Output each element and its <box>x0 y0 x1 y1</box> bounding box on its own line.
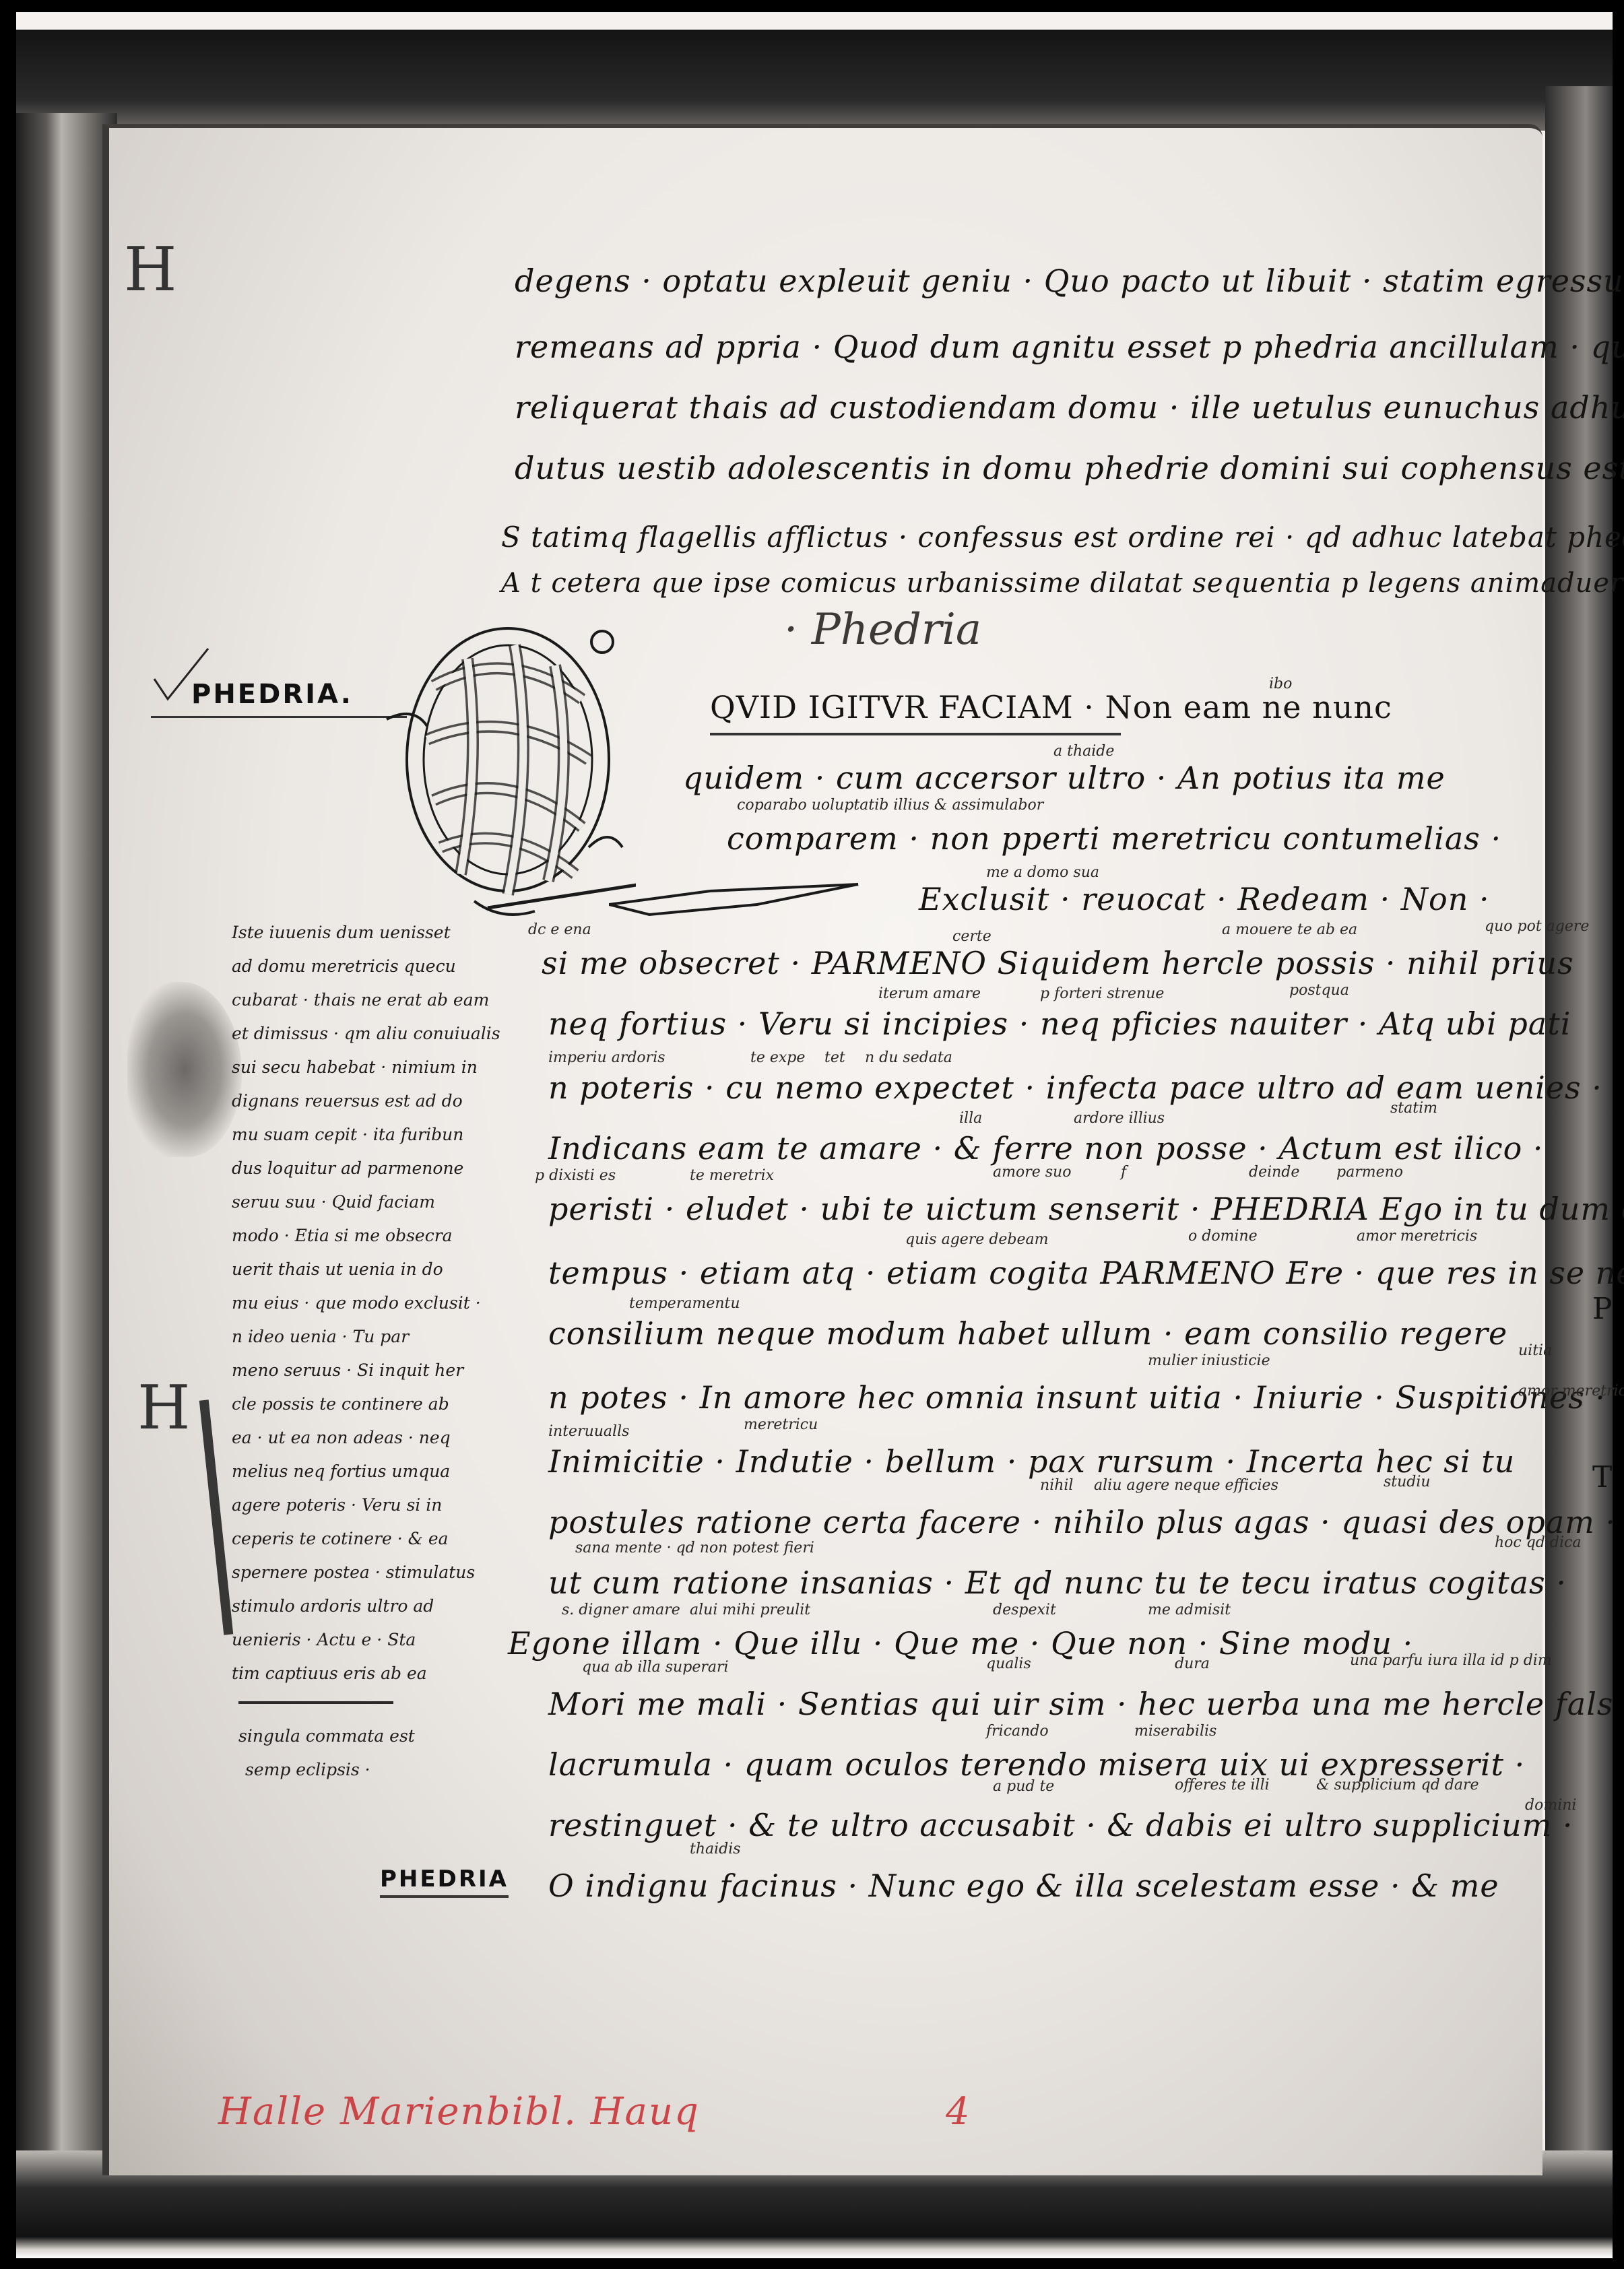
scene-heading: · Phedria <box>784 605 981 655</box>
verse-line: tempus · etiam atq · etiam cogita PARMEN… <box>548 1255 1624 1291</box>
facing-page-fragment: P <box>1592 1292 1613 1326</box>
margin-line: uenieris · Actu e · Sta <box>232 1623 416 1657</box>
verse-line: Egone illam · Que illu · Que me · Que no… <box>508 1625 1413 1662</box>
commentary-line: A t cetera que ipse comicus urbanissime … <box>501 568 1624 599</box>
verse-line: Indicans eam te amare · & ferre non poss… <box>548 1130 1544 1166</box>
interlinear-gloss: a thaide <box>1053 743 1114 760</box>
interlinear-gloss: coparabo uoluptatib illius & assimulabor <box>737 797 1043 814</box>
facing-page-fragment: T <box>1592 1460 1612 1494</box>
verse-line: peristi · eludet · ubi te uictum senseri… <box>548 1191 1624 1227</box>
margin-line: ad domu meretricis quecu <box>232 950 456 984</box>
rule-line <box>151 716 407 718</box>
interlinear-gloss: dc e ena <box>528 921 591 938</box>
margin-line: meno seruus · Si inquit her <box>232 1354 463 1388</box>
section-mark-h-top: H <box>124 234 177 305</box>
margin-note-line: semp eclipsis · <box>245 1753 370 1787</box>
interlinear-gloss: a mouere te ab ea <box>1222 921 1357 938</box>
interlinear-gloss: iterum amare <box>878 985 981 1002</box>
interlinear-gloss: & supplicium qd dare <box>1316 1777 1479 1794</box>
interlinear-gloss: ardore illius <box>1074 1110 1165 1127</box>
verse-line: restinguet · & te ultro accusabit · & da… <box>548 1807 1573 1843</box>
verse-line: neq fortius · Veru si incipies · neq pfi… <box>548 1006 1571 1042</box>
margin-line: mu eius · que modo exclusit · <box>232 1286 481 1321</box>
interlinear-gloss: aliu agere neque efficies <box>1094 1477 1278 1494</box>
commentary-line: degens · optatu expleuit geniu · Quo pac… <box>515 263 1624 299</box>
interlinear-gloss: imperiu ardoris <box>548 1049 665 1066</box>
verse-line: QVID IGITVR FACIAM · Non eam ne nunc <box>710 689 1392 725</box>
margin-line: ea · ut ea non adeas · neq <box>232 1421 451 1455</box>
margin-line: tim captiuus eris ab ea <box>232 1657 427 1691</box>
margin-line: agere poteris · Veru si in <box>232 1488 442 1523</box>
interlinear-gloss: meretricu <box>744 1416 818 1433</box>
interlinear-gloss: p dixisti es <box>535 1167 616 1184</box>
commentary-line: S tatimq flagellis afflictus · confessus… <box>501 521 1624 554</box>
interlinear-gloss: dura <box>1175 1655 1210 1672</box>
interlinear-gloss: amore suo <box>993 1164 1071 1181</box>
manuscript-photograph: H H P T degens · optatu expleuit geniu ·… <box>16 12 1613 2258</box>
margin-line: stimulo ardoris ultro ad <box>232 1589 434 1624</box>
interlinear-gloss: illa <box>959 1110 982 1127</box>
verse-line: quidem · cum accersor ultro · An potius … <box>683 760 1446 796</box>
verse-line: Exclusit · reuocat · Redeam · Non · <box>919 881 1490 917</box>
speaker-label-text: PHEDRIA <box>380 1866 509 1898</box>
interlinear-gloss: qualis <box>986 1655 1031 1672</box>
verse-line: n poteris · cu nemo expectet · infecta p… <box>548 1070 1602 1106</box>
margin-line: modo · Etia si me obsecra <box>232 1219 453 1253</box>
interlinear-gloss: mulier iniusticie <box>1148 1352 1270 1369</box>
verse-line: O indignu facinus · Nunc ego & illa scel… <box>548 1868 1499 1904</box>
interlinear-gloss: domini <box>1525 1797 1576 1814</box>
margin-line: spernere postea · stimulatus <box>232 1556 475 1590</box>
interlinear-gloss: offeres te illi <box>1175 1777 1270 1794</box>
commentary-line: remeans ad ppria · Quod dum agnitu esset… <box>515 329 1624 365</box>
interlinear-gloss: alui mihi preulit <box>690 1602 810 1618</box>
interlinear-gloss: te meretrix <box>690 1167 774 1184</box>
interlinear-gloss: me a domo sua <box>986 864 1099 881</box>
interlinear-gloss: temperamentu <box>629 1295 740 1312</box>
interlinear-gloss: uitia <box>1518 1342 1552 1359</box>
speaker-label-phedria: PHEDRIA. <box>191 679 353 710</box>
interlinear-gloss: amor meretricum <box>1518 1383 1624 1400</box>
interlinear-gloss: a pud te <box>993 1778 1054 1795</box>
margin-line: cle possis te continere ab <box>232 1387 449 1422</box>
interlinear-gloss: n du sedata <box>865 1049 952 1066</box>
interlinear-gloss: statim <box>1390 1100 1437 1117</box>
tail-flourish-icon <box>609 878 865 918</box>
interlinear-gloss: sana mente · qd non potest fieri <box>575 1540 814 1556</box>
margin-line: dignans reuersus est ad do <box>232 1084 463 1119</box>
interlinear-gloss: despexit <box>993 1602 1056 1618</box>
verse-line: ut cum ratione insanias · Et qd nunc tu … <box>548 1565 1567 1601</box>
verse-line: postules ratione certa facere · nihilo p… <box>548 1504 1616 1540</box>
margin-line: n ideo uenia · Tu par <box>232 1320 409 1354</box>
margin-line: cubarat · thais ne erat ab eam <box>232 983 489 1018</box>
margin-line: seruu suu · Quid faciam <box>232 1185 435 1220</box>
interlinear-gloss: s. digner amare <box>562 1602 680 1618</box>
library-stamp: Halle Marienbibl. Hauq <box>218 2090 700 2134</box>
interlinear-gloss: f <box>1121 1164 1126 1181</box>
speaker-label-phedria-final: PHEDRIA <box>380 1866 509 1893</box>
margin-line: sui secu habebat · nimium in <box>232 1051 478 1085</box>
margin-line: ceperis te cotinere · & ea <box>232 1522 449 1556</box>
interlinear-gloss: postqua <box>1289 982 1349 999</box>
verse-line: consilium neque modum habet ullum · eam … <box>548 1315 1507 1352</box>
interlinear-gloss: quis agere debeam <box>905 1231 1049 1248</box>
margin-line: dus loquitur ad parmenone <box>232 1152 463 1186</box>
interlinear-gloss: o domine <box>1188 1228 1258 1245</box>
interlinear-gloss: thaidis <box>690 1841 741 1857</box>
interlinear-gloss: una parfu iura illa id p dim <box>1350 1652 1552 1669</box>
section-mark-h-lower: H <box>137 1373 191 1443</box>
interlinear-gloss: fricando <box>986 1723 1049 1740</box>
verse-line: n potes · In amore hec omnia insunt uiti… <box>548 1379 1606 1416</box>
interlinear-gloss: tet <box>824 1049 845 1066</box>
commentary-line: dutus uestib adolescentis in domu phedri… <box>515 450 1624 486</box>
interlinear-gloss: ibo <box>1269 676 1292 692</box>
interlinear-gloss: te expe <box>750 1049 805 1066</box>
margin-line: Iste iuuenis dum uenisset <box>232 916 451 950</box>
decorated-initial-icon <box>380 605 636 928</box>
interlinear-gloss: qua ab illa superari <box>582 1659 729 1676</box>
interlinear-gloss: interuualls <box>548 1423 629 1440</box>
interlinear-gloss: me admisit <box>1148 1602 1231 1618</box>
interlinear-gloss: nihil <box>1040 1477 1073 1494</box>
rule-line <box>238 1701 393 1704</box>
verse-line: Mori me mali · Sentias qui uir sim · hec… <box>548 1686 1614 1722</box>
interlinear-gloss: parmeno <box>1336 1164 1403 1181</box>
margin-line: et dimissus · qm aliu conuiualis <box>232 1017 500 1051</box>
interlinear-gloss: miserabilis <box>1134 1723 1216 1740</box>
verse-line: si me obsecret · PARMENO Siquidem hercle… <box>542 945 1574 981</box>
margin-note-line: singula commata est <box>238 1719 415 1754</box>
binding-board-top <box>16 30 1613 131</box>
interlinear-gloss: hoc qd dica <box>1495 1534 1581 1551</box>
rule-line <box>710 733 1121 735</box>
interlinear-gloss: quo pot agere <box>1485 918 1589 935</box>
verse-line: comparem · non pperti meretricu contumel… <box>727 820 1501 857</box>
library-stamp-number: 4 <box>946 2090 971 2134</box>
interlinear-gloss: deinde <box>1249 1164 1299 1181</box>
interlinear-gloss: p forteri strenue <box>1040 985 1164 1002</box>
verse-line: Inimicitie · Indutie · bellum · pax rurs… <box>548 1443 1515 1480</box>
commentary-line: reliquerat thais ad custodiendam domu · … <box>515 389 1624 426</box>
margin-line: uerit thais ut uenia in do <box>232 1253 443 1287</box>
margin-line: melius neq fortius umqua <box>232 1455 450 1489</box>
interlinear-gloss: certe <box>952 928 992 945</box>
interlinear-gloss: amor meretricis <box>1357 1228 1477 1245</box>
margin-line: mu suam cepit · ita furibun <box>232 1118 463 1152</box>
interlinear-gloss: studiu <box>1384 1474 1431 1490</box>
